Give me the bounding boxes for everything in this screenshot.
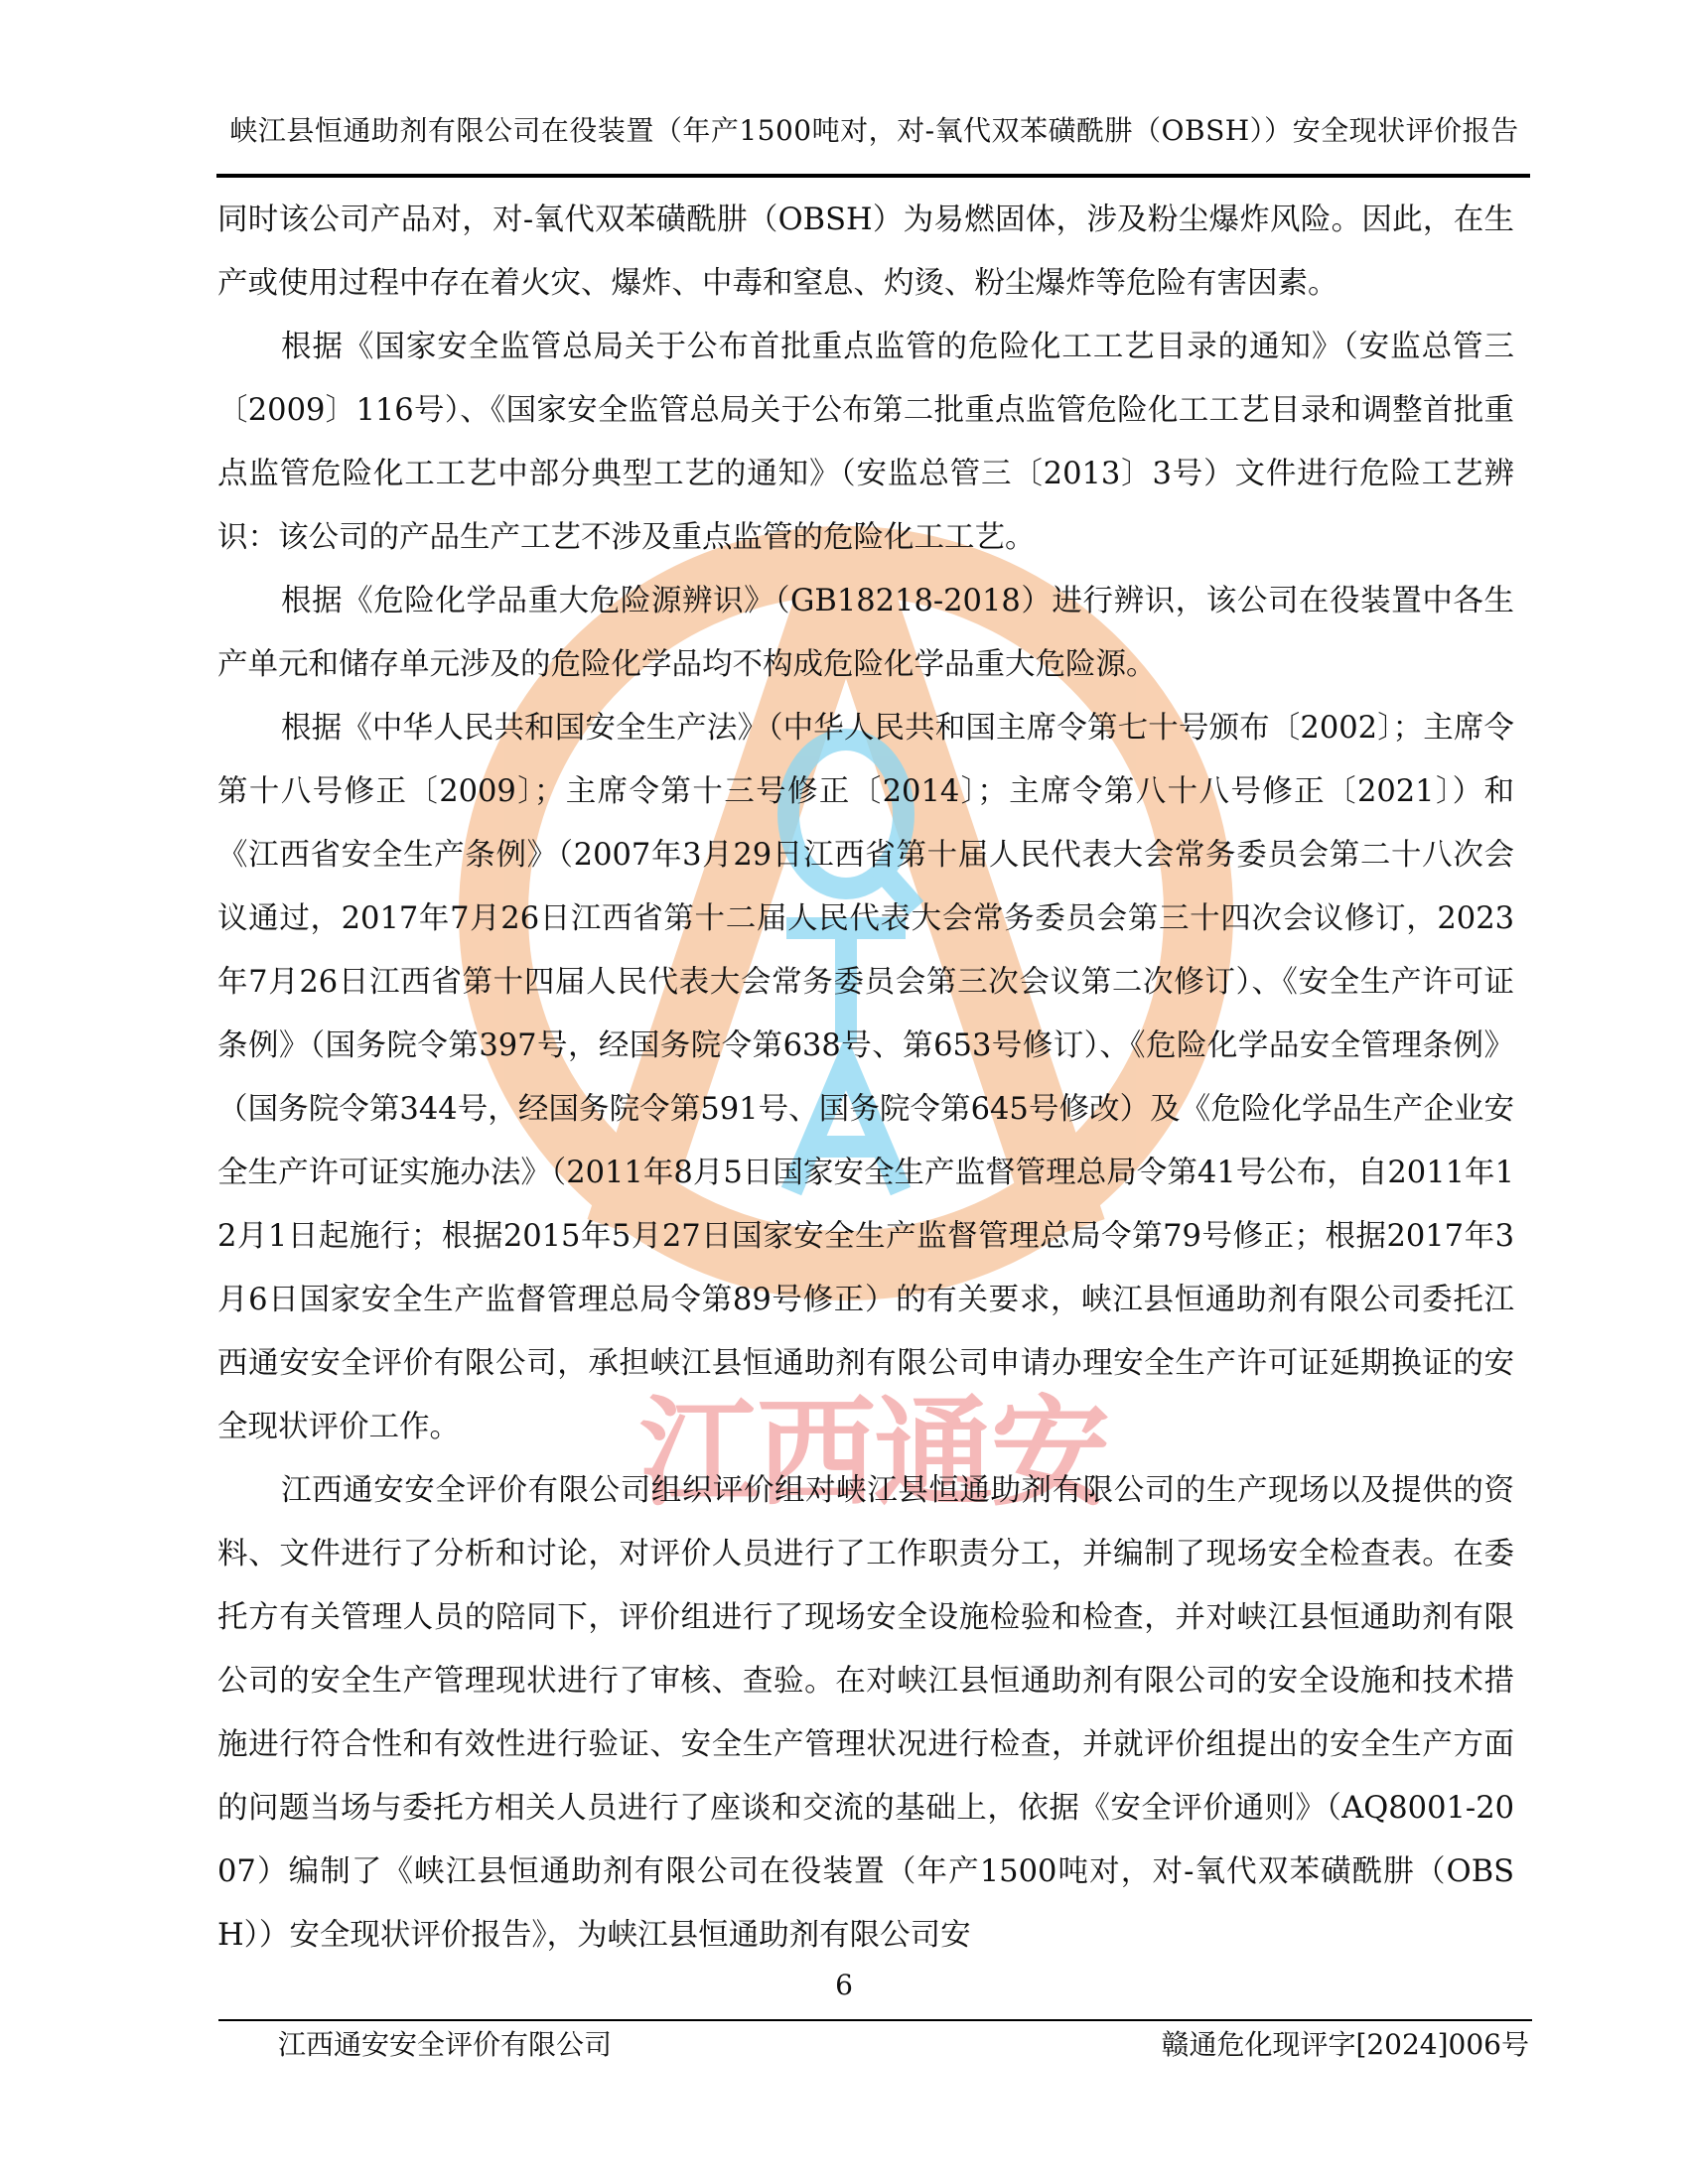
running-header-title: 峡江县恒通助剂有限公司在役装置（年产1500吨对，对-氧代双苯磺酰肼（OBSH）…	[216, 111, 1532, 151]
paragraph: 根据《国家安全监管总局关于公布首批重点监管的危险化工工艺目录的通知》（安监总管三…	[217, 316, 1514, 570]
paragraph: 根据《危险化学品重大危险源辨识》（GB18218-2018）进行辨识，该公司在役…	[217, 570, 1514, 697]
header-divider	[216, 174, 1530, 178]
footer-divider	[218, 2019, 1532, 2021]
paragraph: 江西通安安全评价有限公司组织评价组对峡江县恒通助剂有限公司的生产现场以及提供的资…	[217, 1459, 1514, 1968]
paragraph: 根据《中华人民共和国安全生产法》（中华人民共和国主席令第七十号颁布〔2002〕；…	[217, 697, 1514, 1459]
document-page: 江西通安 峡江县恒通助剂有限公司在役装置（年产1500吨对，对-氧代双苯磺酰肼（…	[0, 0, 1688, 2184]
paragraph: 同时该公司产品对，对-氧代双苯磺酰肼（OBSH）为易燃固体，涉及粉尘爆炸风险。因…	[217, 189, 1514, 316]
footer-company-name: 江西通安安全评价有限公司	[278, 2025, 612, 2065]
page-number: 6	[0, 1968, 1688, 2003]
body-text: 同时该公司产品对，对-氧代双苯磺酰肼（OBSH）为易燃固体，涉及粉尘爆炸风险。因…	[217, 189, 1514, 1968]
footer-report-number: 赣通危化现评字[2024]006号	[1161, 2025, 1529, 2065]
